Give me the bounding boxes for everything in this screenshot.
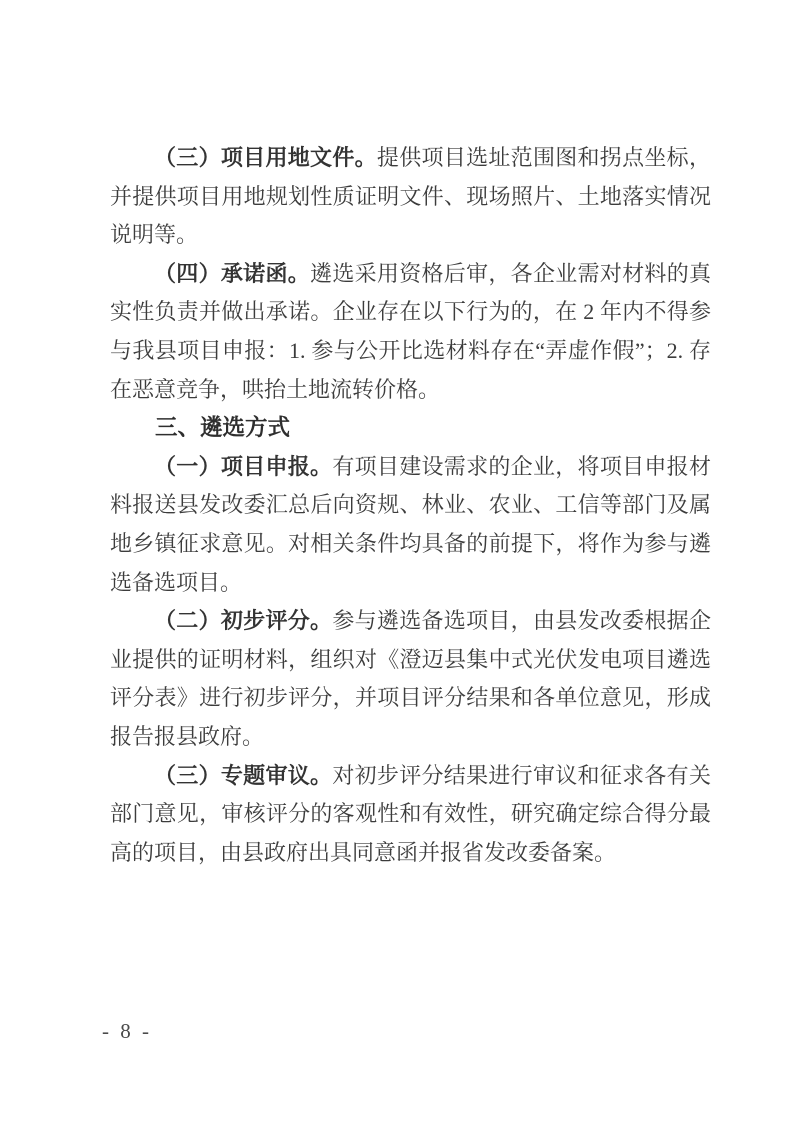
page-number: - 8 -: [102, 1016, 152, 1046]
paragraph-lead: （三）项目用地文件。: [154, 145, 377, 170]
paragraph-lead: （三）专题审议。: [154, 763, 332, 788]
paragraph-lead: （二）初步评分。: [154, 608, 332, 633]
document-body: （三）项目用地文件。提供项目选址范围图和拐点坐标，并提供项目用地规划性质证明文件…: [110, 139, 711, 872]
paragraph: （二）初步评分。参与遴选备选项目，由县发改委根据企业提供的证明材料，组织对《澄迈…: [110, 602, 711, 756]
paragraph-lead: （四）承诺函。: [154, 261, 310, 286]
paragraph: （四）承诺函。遴选采用资格后审，各企业需对材料的真实性负责并做出承诺。企业存在以…: [110, 255, 711, 409]
paragraph: （三）专题审议。对初步评分结果进行审议和征求各有关部门意见，审核评分的客观性和有…: [110, 757, 711, 873]
section-heading: 三、遴选方式: [110, 409, 711, 448]
paragraph-lead: （一）项目申报。: [154, 454, 332, 479]
document-page: （三）项目用地文件。提供项目选址范围图和拐点坐标，并提供项目用地规划性质证明文件…: [0, 0, 800, 1130]
paragraph: （三）项目用地文件。提供项目选址范围图和拐点坐标，并提供项目用地规划性质证明文件…: [110, 139, 711, 255]
paragraph: （一）项目申报。有项目建设需求的企业，将项目申报材料报送县发改委汇总后向资规、林…: [110, 448, 711, 602]
